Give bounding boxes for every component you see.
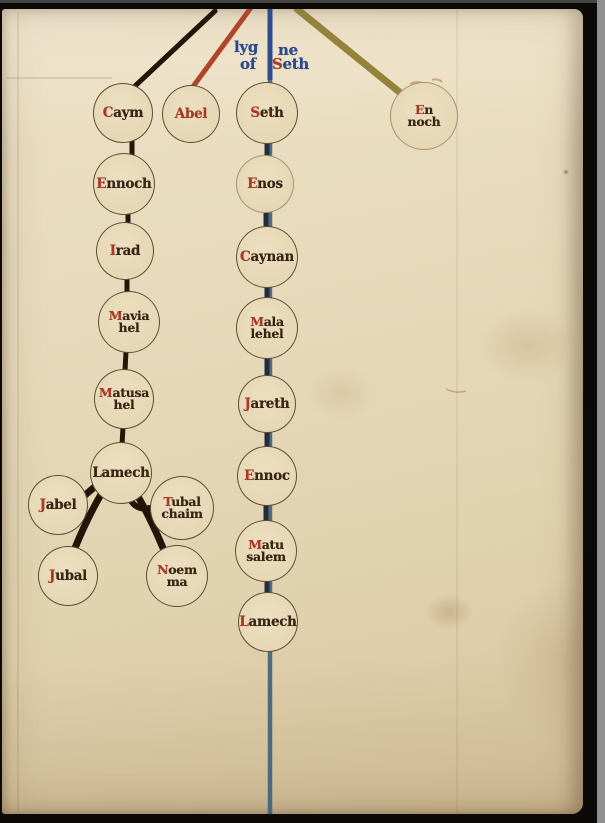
tree-node-jareth: Jareth	[238, 375, 296, 433]
caption-line1-left: lyg	[234, 38, 258, 56]
connector-maviahel-matusahel	[125, 351, 126, 371]
tree-node-abel: Abel	[162, 85, 220, 143]
tree-node-label: Abel	[175, 108, 207, 121]
tree-node-label: Matusahel	[99, 387, 149, 411]
tree-node-jabel: Jabel	[28, 475, 88, 535]
tree-node-jubal: Jubal	[38, 546, 98, 606]
tree-node-label: Seth	[250, 107, 283, 120]
tree-node-seth: Seth	[236, 82, 298, 144]
tree-node-malalehel: Malalehel	[236, 297, 298, 359]
tree-node-label: Maviahel	[109, 310, 150, 334]
tree-node-lamech-seth: Lamech	[238, 592, 298, 652]
tree-node-ennoch: Ennoch	[93, 153, 155, 215]
manuscript-page: lyg ne of Seth CaymAbelSethEnnochEnnochE…	[2, 9, 583, 814]
tree-node-label: Lamech	[92, 467, 149, 480]
crease-mark	[446, 389, 466, 392]
tree-node-label: Lamech	[239, 616, 296, 629]
photo-top-edge	[0, 0, 597, 3]
tree-node-caynan: Caynan	[236, 226, 298, 288]
caption-seth-initial: S	[272, 55, 283, 73]
tree-node-ennoc: Ennoc	[237, 446, 297, 506]
tree-node-noemma: Noemma	[146, 545, 208, 607]
caption-seth-rest: eth	[283, 55, 309, 73]
tree-node-label: Noemma	[157, 564, 197, 588]
tree-canvas: lyg ne of Seth CaymAbelSethEnnochEnnochE…	[2, 9, 583, 814]
tree-node-label: Ennoc	[244, 470, 290, 483]
tree-node-matusahel: Matusahel	[94, 369, 154, 429]
tree-node-label: Jubal	[49, 570, 87, 583]
tree-node-label: Jareth	[244, 398, 289, 411]
tree-node-label: Enos	[247, 178, 283, 191]
tree-node-lamech-cain: Lamech	[90, 442, 152, 504]
caption-line2-right: Seth	[272, 55, 309, 73]
caption-line2-left: of	[240, 55, 256, 73]
tree-node-label: Caynan	[240, 251, 294, 264]
tree-node-label: Ennoch	[96, 178, 151, 191]
tree-node-label: Malalehel	[250, 316, 284, 340]
tree-node-enos: Enos	[236, 155, 294, 213]
tree-node-label: Caym	[103, 107, 143, 120]
ennoch-top-line	[297, 9, 403, 95]
tree-node-maviahel: Maviahel	[98, 291, 160, 353]
tree-node-label: Ennoch	[408, 104, 441, 128]
tree-node-tubalchaim: Tubalchaim	[150, 476, 214, 540]
tree-node-caym: Caym	[93, 83, 153, 143]
tree-node-label: Matusalem	[246, 539, 286, 563]
tree-node-label: Tubalchaim	[161, 496, 202, 520]
tree-node-matusalem: Matusalem	[235, 520, 297, 582]
tree-node-label: Jabel	[40, 499, 77, 512]
tree-node-ennoch-son-of-seth: Ennoch	[390, 82, 458, 150]
tree-node-label: Irad	[110, 245, 140, 258]
scanner-background-strip	[597, 0, 605, 823]
tree-node-irad: Irad	[96, 222, 154, 280]
